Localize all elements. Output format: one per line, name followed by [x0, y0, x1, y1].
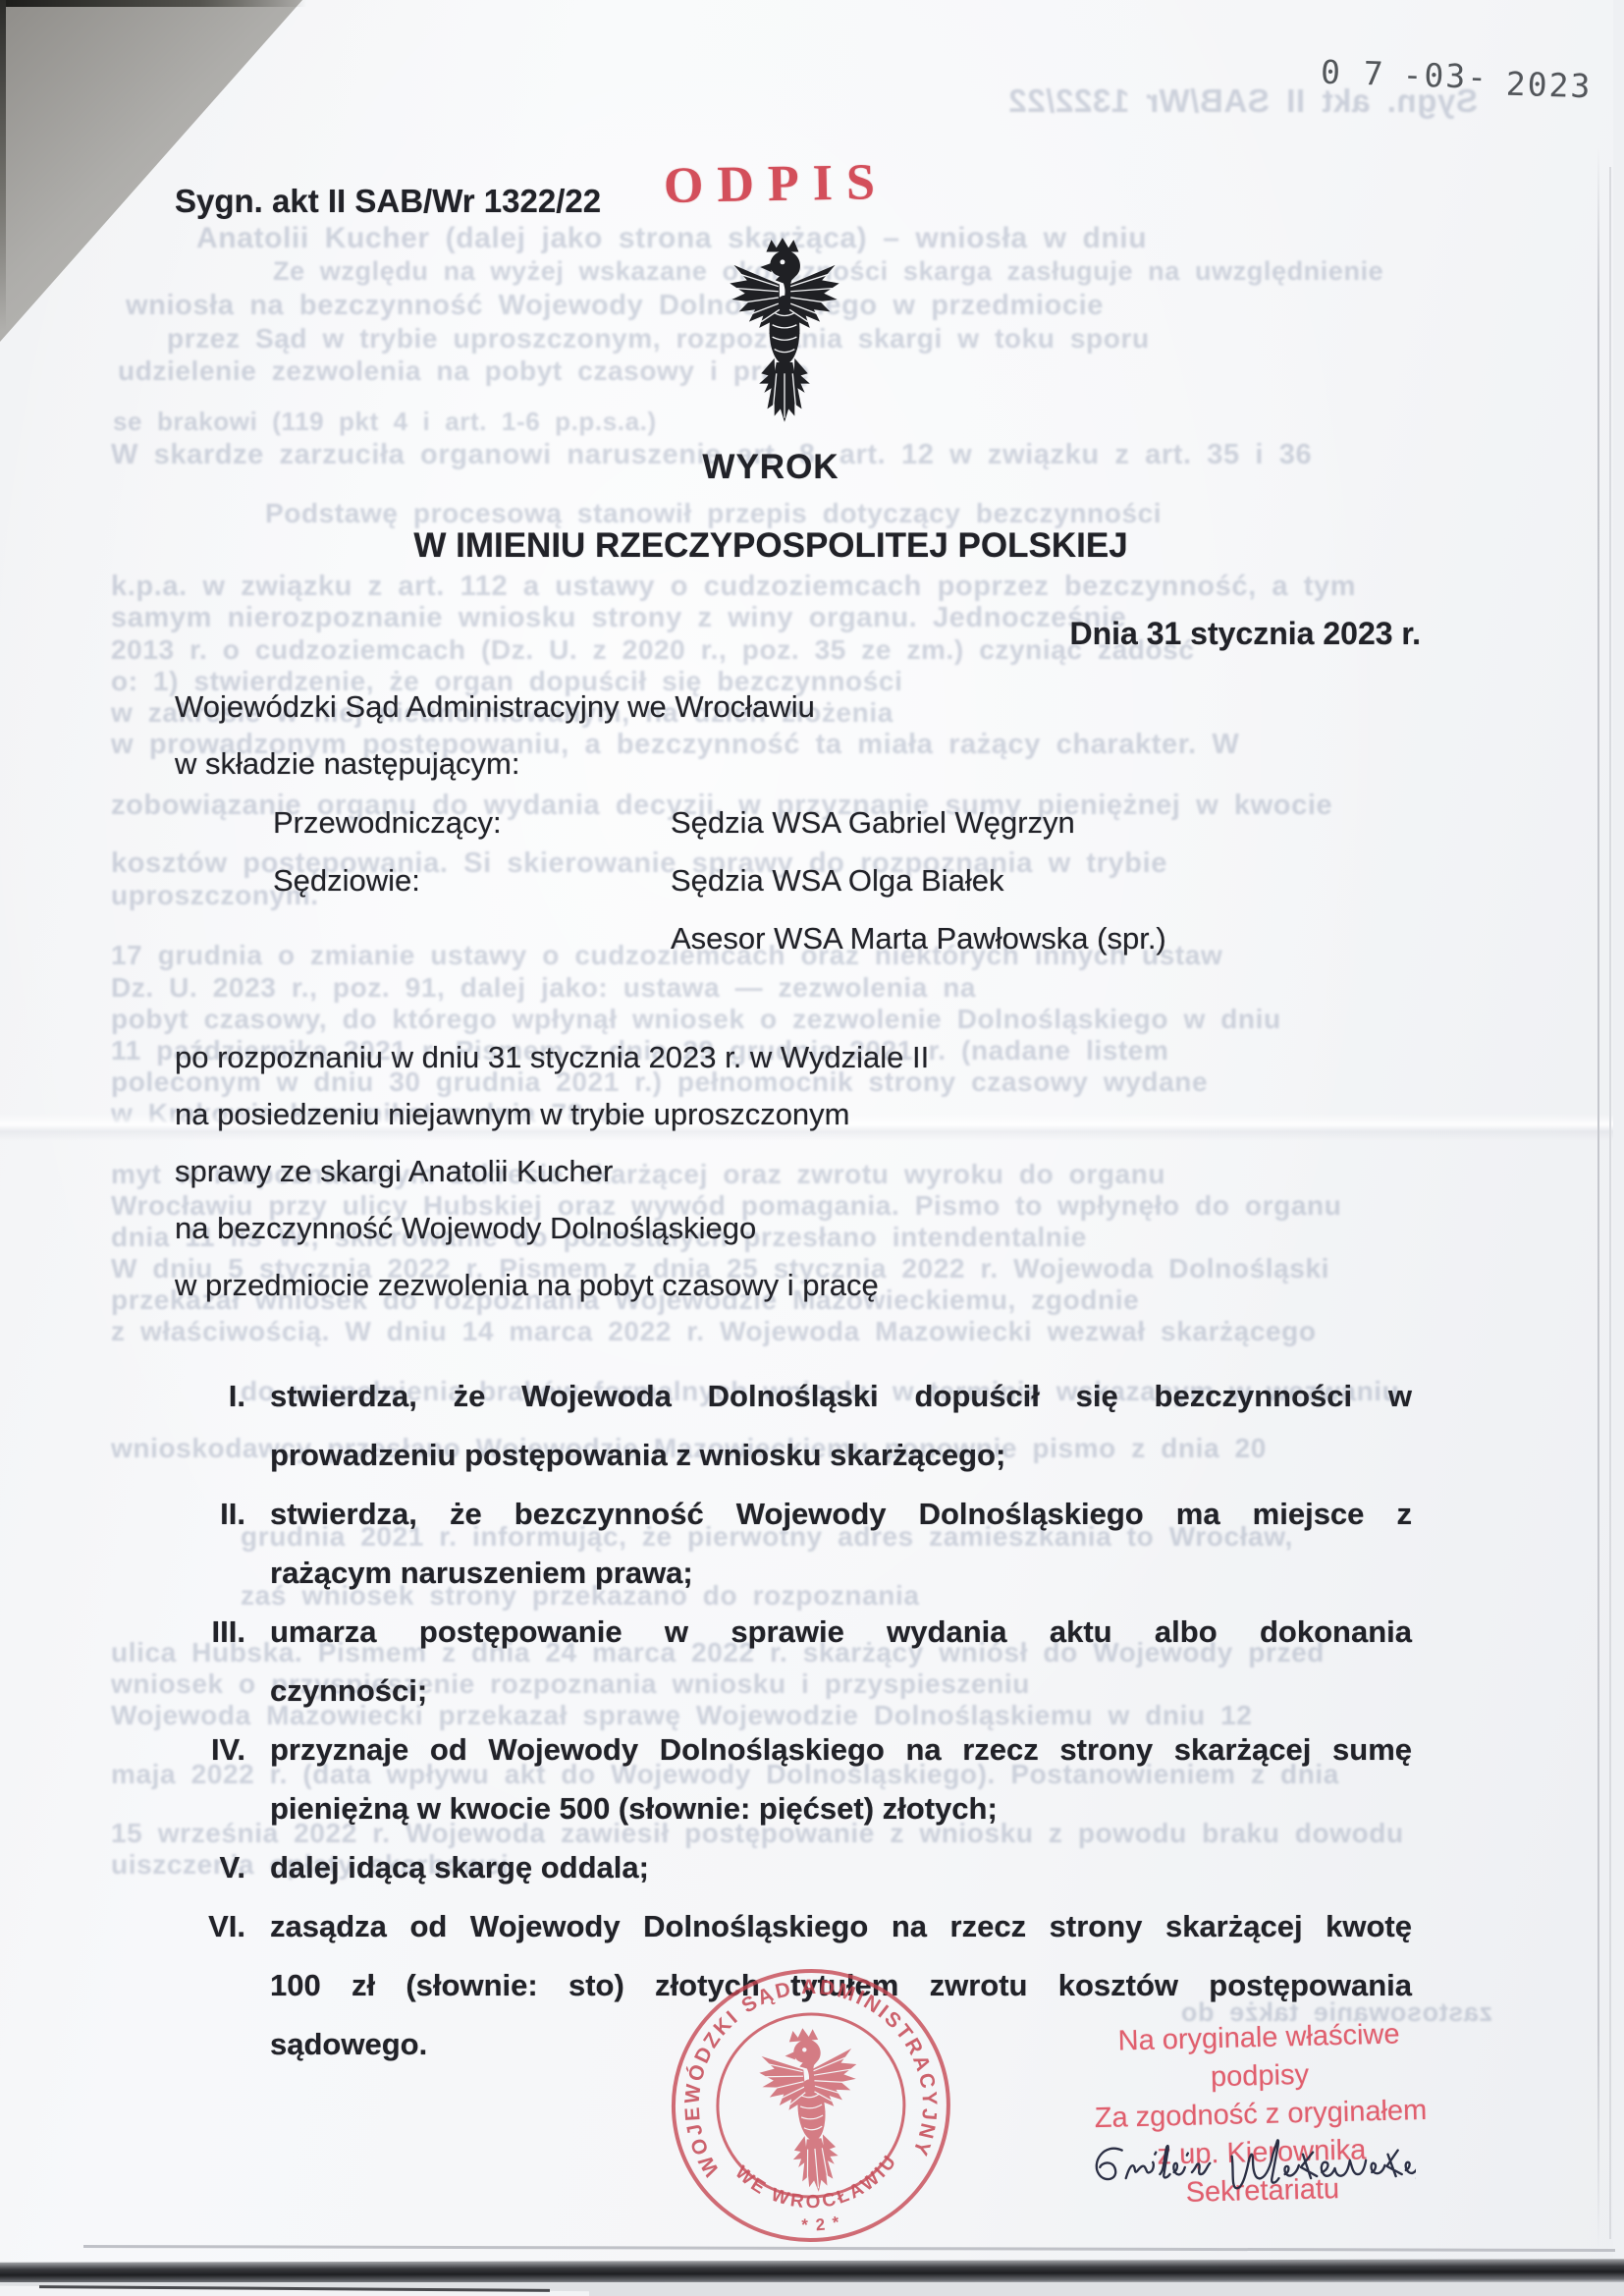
ruling-line: dalej idącą skargę oddala; [270, 1838, 1412, 1897]
scanner-corner-edge-top [0, 0, 306, 7]
handwritten-signature [1086, 2131, 1416, 2214]
ruling-text: stwierdza, że Wojewoda Dolnośląski dopuś… [270, 1367, 1412, 1485]
panel-judge-name: Sędzia WSA Olga Białek [671, 863, 1003, 899]
bleed-through-text: udzielenie zezwolenia na pobyt czasowy i… [118, 355, 1218, 387]
ruling-text: dalej idącą skargę oddala; [270, 1838, 1412, 1897]
ruling-numeral: I. [177, 1367, 245, 1426]
ruling-line: rażącym naruszeniem prawa; [270, 1544, 1412, 1603]
case-number: Sygn. akt II SAB/Wr 1322/22 [175, 183, 601, 220]
panel-judge-name: Asesor WSA Marta Pawłowska (spr.) [671, 921, 1166, 957]
court-round-seal: WOJEWÓDZKI SĄD ADMINISTRACYJNY WE WROCŁA… [656, 1952, 966, 2261]
ruling-line: zasądza od Wojewody Dolnośląskiego na rz… [270, 1897, 1412, 1956]
panel-row: Asesor WSA Marta Pawłowska (spr.) [175, 921, 1422, 979]
case-description: po rozpoznaniu w dniu 31 stycznia 2023 r… [175, 1029, 929, 1314]
panel-row: Przewodniczący:Sędzia WSA Gabriel Węgrzy… [175, 805, 1422, 863]
ruling-numeral: VI. [177, 1897, 245, 1956]
ruling-item: I.stwierdza, że Wojewoda Dolnośląski dop… [177, 1367, 1414, 1485]
date-received-month: -03- [1402, 55, 1489, 96]
bleed-through-text: Ze względu na wyżej wskazane okolicznośc… [273, 256, 1432, 287]
ruling-numeral: II. [177, 1485, 245, 1544]
case-description-line: w przedmiocie zezwolenia na pobyt czasow… [175, 1257, 929, 1314]
date-received-year: 2023 [1505, 65, 1593, 106]
bleed-through-text: Podstawę procesową stanowił przepis doty… [265, 498, 1335, 529]
ruling-line: stwierdza, że bezczynność Wojewody Dolno… [270, 1485, 1412, 1544]
svg-text:* 2 *: * 2 * [799, 2213, 843, 2236]
bleed-through-text: k.p.a. w związku z art. 112 a ustawy o c… [111, 571, 1505, 603]
ruling-line: pieniężną w kwocie 500 (słownie: pięćset… [270, 1779, 1412, 1838]
ruling-numeral: V. [177, 1838, 245, 1897]
judgment-title: WYROK [133, 448, 1409, 487]
panel-intro: w składzie następującym: [175, 746, 520, 782]
certification-line: Na oryginale właściwe podpisy [1076, 2014, 1443, 2100]
ruling-line: stwierdza, że Wojewoda Dolnośląski dopuś… [270, 1367, 1412, 1426]
copy-stamp: ODPIS [664, 153, 890, 215]
judgment-subtitle: W IMIENIU RZECZYPOSPOLITEJ POLSKIEJ [133, 526, 1409, 566]
ruling-text: przyznaje od Wojewody Dolnośląskiego na … [270, 1721, 1412, 1838]
panel-role-label: Przewodniczący: [273, 805, 502, 841]
case-description-line: po rozpoznaniu w dniu 31 stycznia 2023 r… [175, 1029, 929, 1086]
ruling-item: III.umarza postępowanie w sprawie wydani… [177, 1603, 1414, 1721]
ruling-line: przyznaje od Wojewody Dolnośląskiego na … [270, 1721, 1412, 1779]
ruling-text: umarza postępowanie w sprawie wydania ak… [270, 1603, 1412, 1721]
case-description-line: na bezczynność Wojewody Dolnośląskiego [175, 1200, 929, 1257]
ruling-numeral: III. [177, 1603, 245, 1662]
judgment-date: Dnia 31 stycznia 2023 r. [1069, 616, 1421, 652]
panel-judge-name: Sędzia WSA Gabriel Węgrzyn [671, 805, 1075, 841]
ruling-line: prowadzeniu postępowania z wniosku skarż… [270, 1426, 1412, 1485]
bleed-through-text: z właściwością. W dniu 14 marca 2022 r. … [111, 1316, 1515, 1347]
ruling-text: stwierdza, że bezczynność Wojewody Dolno… [270, 1485, 1412, 1603]
seal-number: * 2 * [799, 2213, 843, 2236]
ruling-item: IV.przyznaje od Wojewody Dolnośląskiego … [177, 1721, 1414, 1838]
case-description-line: na posiedzeniu niejawnym w trybie uprosz… [175, 1086, 929, 1143]
judicial-panel: Przewodniczący:Sędzia WSA Gabriel Węgrzy… [175, 805, 1422, 979]
panel-role-label: Sędziowie: [273, 863, 420, 899]
ruling-line: czynności; [270, 1662, 1412, 1721]
scanner-corner-edge-left [0, 0, 6, 330]
seal-eagle-icon [756, 2024, 868, 2196]
ruling-numeral: IV. [177, 1721, 245, 1779]
ruling-line: umarza postępowanie w sprawie wydania ak… [270, 1603, 1412, 1662]
page-edge-line [1597, 147, 1599, 2249]
polish-eagle-emblem [722, 236, 847, 428]
case-description-line: sprawy ze skargi Anatolii Kucher [175, 1143, 929, 1200]
date-received-day: 0 7 [1320, 53, 1385, 93]
ruling-item: II.stwierdza, że bezczynność Wojewody Do… [177, 1485, 1414, 1603]
page-right-margin [1613, 0, 1624, 2296]
panel-row: Sędziowie:Sędzia WSA Olga Białek [175, 863, 1422, 921]
ruling-item: V.dalej idącą skargę oddala; [177, 1838, 1414, 1897]
court-name: Wojewódzki Sąd Administracyjny we Wrocła… [175, 689, 815, 725]
page-edge-line-2 [1609, 167, 1611, 2239]
